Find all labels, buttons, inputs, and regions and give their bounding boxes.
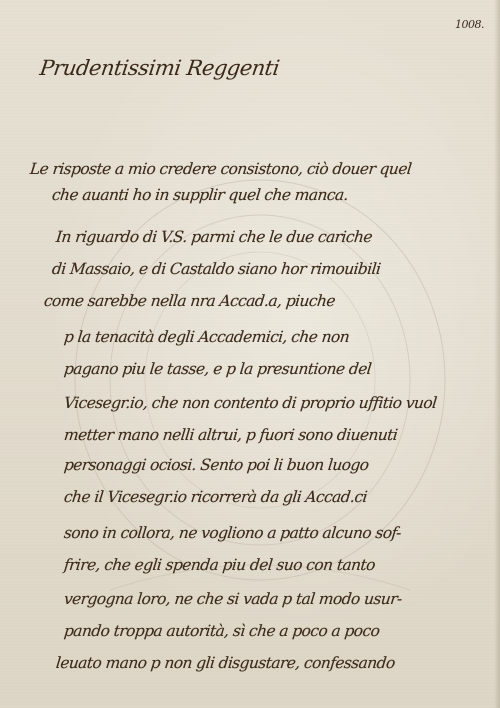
salutation: Prudentissimi Reggenti [38,56,280,80]
blank-margin [0,658,500,708]
text-line: che il Vicesegr.io ricorrerà da gli Acca… [63,488,368,506]
text-line: personaggi ociosi. Sento poi li buon luo… [63,456,369,474]
text-line: frire, che egli spenda piu del suo con t… [63,556,376,574]
text-line: vergogna loro, ne che si vada p tal modo… [63,590,403,608]
manuscript-page: 1008. Prudentissimi Reggenti Le risposte… [0,0,500,708]
text-line: metter mano nelli altrui, p fuori sono d… [63,426,398,444]
text-line: che auanti ho in supplir quel che manca. [51,186,349,204]
text-line: In riguardo di V.S. parmi che le due car… [55,228,373,246]
text-line: Vicesegr.io, che non contento di proprio… [63,394,437,412]
text-line: p la tenacità degli Accademici, che non [63,328,350,346]
text-line: di Massaio, e di Castaldo siano hor rimo… [51,260,381,278]
text-line: sono in collora, ne vogliono a patto alc… [63,524,402,542]
folio-number: 1008. [455,18,484,31]
text-line: Le risposte a mio credere consistono, ci… [29,160,412,178]
page-edge [494,0,500,708]
text-line: pando troppa autorità, sì che a poco a p… [63,622,380,640]
text-line: come sarebbe nella nra Accad.a, piuche [43,292,336,310]
text-line: pagano piu le tasse, e p la presuntione … [63,360,372,378]
